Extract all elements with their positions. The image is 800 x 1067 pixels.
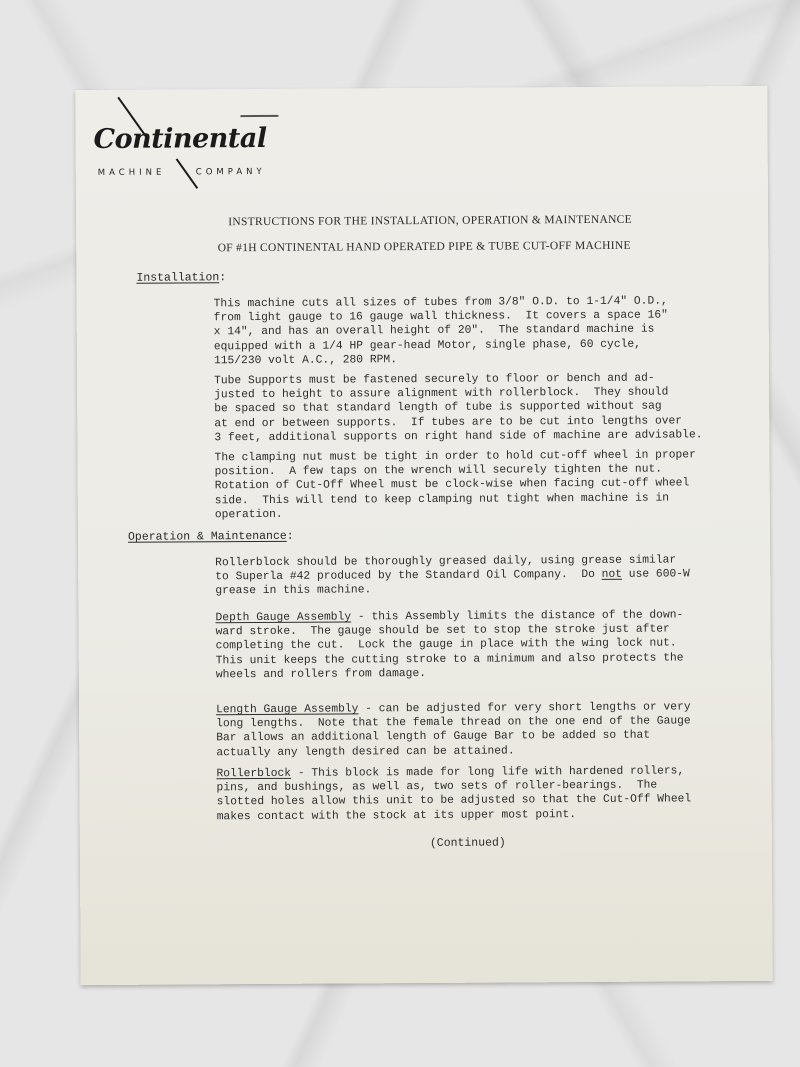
grease-line1: Rollerblock should be thoroughly greased… [215,554,676,569]
grease-line2-end: use 600-W [622,569,690,581]
operation-item-depth-gauge: Depth Gauge Assembly - this Assembly lim… [215,608,735,682]
operation-heading-text: Operation & Maintenance [128,530,287,544]
operation-paragraph-grease: Rollerblock should be thoroughly greased… [215,553,735,599]
installation-heading-text: Installation [136,271,219,285]
installation-paragraph-clamping-nut: The clamping nut must be tight in order … [214,448,734,522]
continued-note: (Continued) [430,837,506,850]
operation-item-length-gauge: Length Gauge Assembly - can be adjusted … [216,700,736,760]
grease-emphasis-not: not [602,569,622,581]
header-dash-mark [240,115,278,117]
logo-brand-script: Continental [93,123,266,155]
section-heading-installation: Installation: [136,271,226,285]
logo-word-machine: MACHINE [98,168,166,178]
document-page: Continental MACHINE COMPANY INSTRUCTIONS… [75,86,772,985]
company-logo: Continental MACHINE COMPANY [87,95,288,191]
operation-item-rollerblock: Rollerblock - This block is made for lon… [216,764,736,824]
grease-line3: grease in this machine. [215,585,371,598]
length-gauge-term: Length Gauge Assembly [216,703,358,716]
logo-word-company: COMPANY [196,167,266,177]
document-title-line1: INSTRUCTIONS FOR THE INSTALLATION, OPERA… [84,213,776,229]
section-heading-operation: Operation & Maintenance: [128,530,294,544]
document-title-line2: OF #1H CONTINENTAL HAND OPERATED PIPE & … [78,239,770,255]
logo-slash-bottom [176,158,198,189]
depth-gauge-term: Depth Gauge Assembly [215,611,351,624]
installation-paragraph-tube-supports: Tube Supports must be fastened securely … [214,371,734,445]
installation-paragraph-specs: This machine cuts all sizes of tubes fro… [214,294,734,368]
grease-line2-start: to Superla #42 produced by the Standard … [215,569,601,583]
rollerblock-term: Rollerblock [216,768,291,780]
